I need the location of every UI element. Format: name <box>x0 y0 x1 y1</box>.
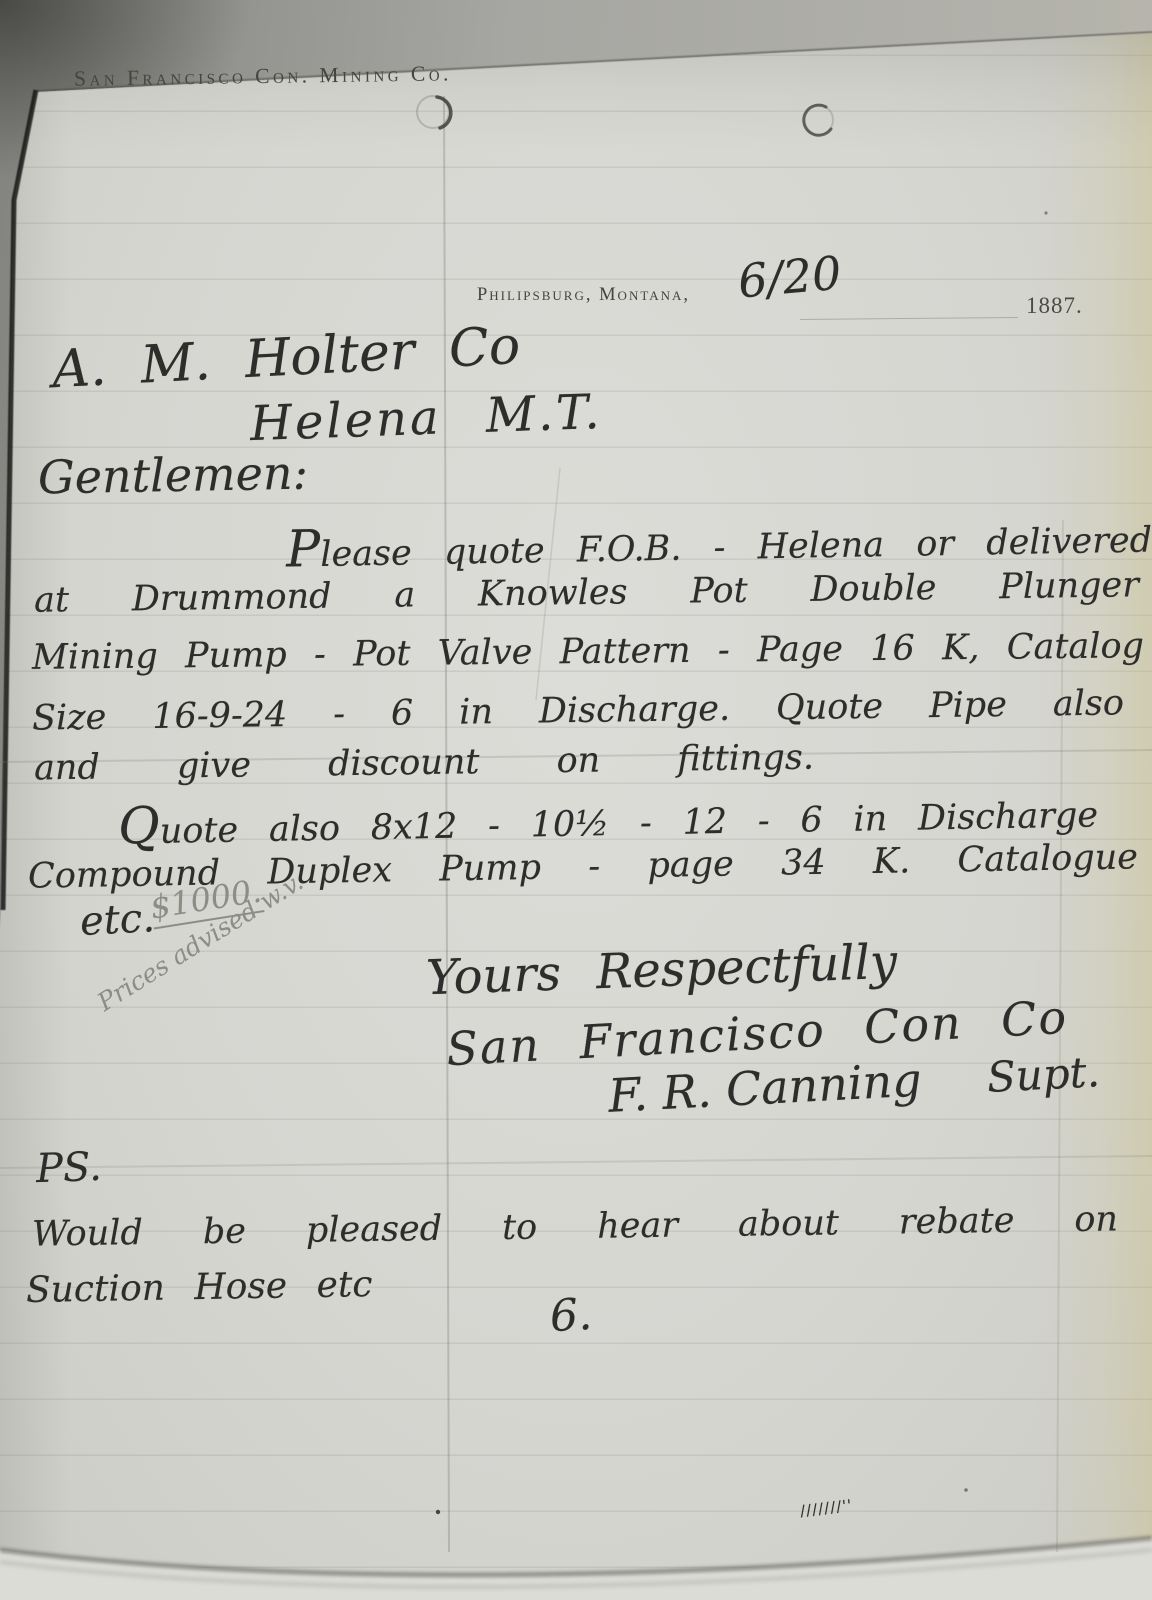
dateline-place: Philipsburg, Montana, <box>477 285 690 306</box>
dateline-year: 1887. <box>1026 293 1083 319</box>
handwritten-date: 6/20 <box>736 248 843 307</box>
recipient-city: Helena M.T. <box>249 386 603 451</box>
letterhead-company: San Francisco Con. Mining Co. <box>74 61 452 91</box>
body-line: etc. <box>79 896 156 944</box>
postscript-line: Suction Hose etc <box>26 1265 373 1311</box>
salutation: Gentlemen: <box>38 448 309 503</box>
postscript-label: PS. <box>35 1145 102 1191</box>
letter-photo: { "letterhead": { "company": "San Franci… <box>0 0 1152 1600</box>
page-number: 6. <box>549 1291 593 1342</box>
signature-title: Supt. <box>986 1049 1101 1101</box>
